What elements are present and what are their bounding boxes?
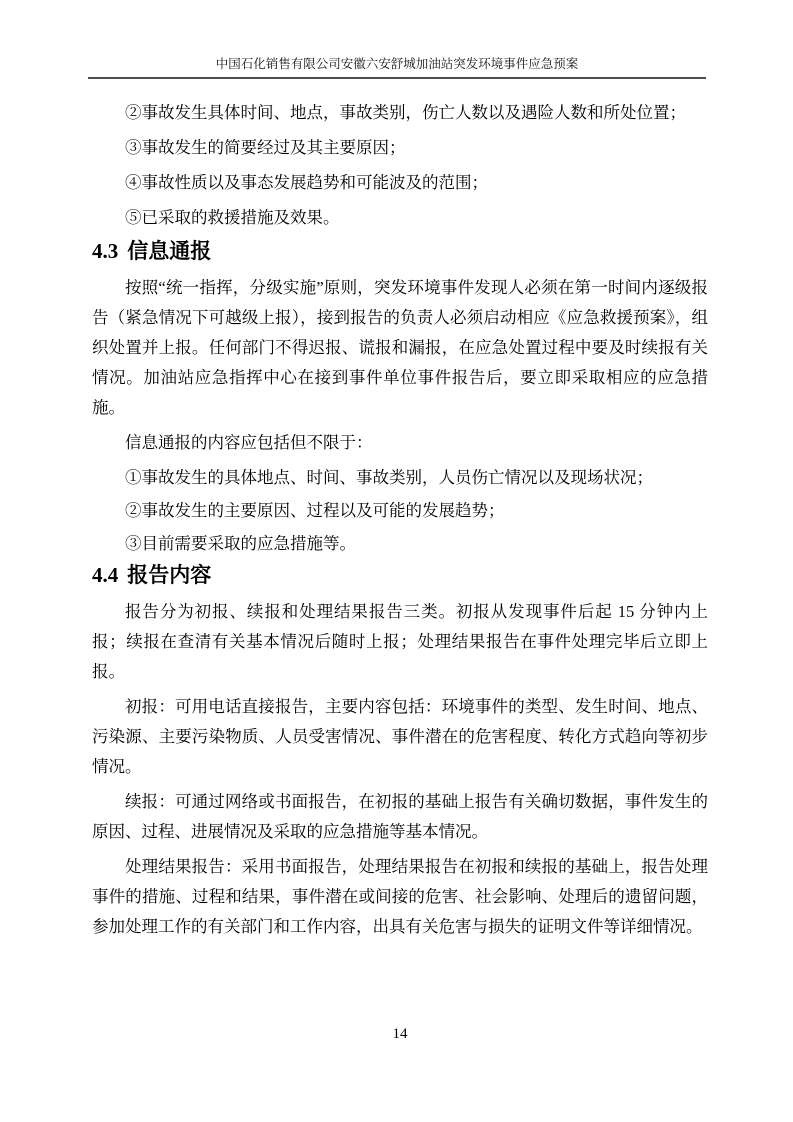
header-title: 中国石化销售有限公司安徽六安舒城加油站突发环境事件应急预案 bbox=[216, 57, 579, 71]
page-header: 中国石化销售有限公司安徽六安舒城加油站突发环境事件应急预案 bbox=[88, 56, 706, 79]
section-heading-4-3: 4.3信息通报 bbox=[92, 238, 708, 265]
document-page: 中国石化销售有限公司安徽六安舒城加油站突发环境事件应急预案 ②事故发生具体时间、… bbox=[0, 0, 793, 1122]
numbered-list-notification-content: ①事故发生的具体地点、时间、事故类别，人员伤亡情况以及现场状况； ②事故发生的主… bbox=[92, 463, 708, 559]
paragraph: 初报：可用电话直接报告，主要内容包括：环境事件的类型、发生时间、地点、污染源、主… bbox=[92, 692, 708, 782]
paragraph: 按照“统一指挥，分级实施”原则，突发环境事件发现人必须在第一时间内逐级报告（紧急… bbox=[92, 273, 708, 423]
paragraph: 报告分为初报、续报和处理结果报告三类。初报从发现事件后起 15 分钟内上报；续报… bbox=[92, 597, 708, 687]
numbered-list-report-points: ②事故发生具体时间、地点，事故类别，伤亡人数以及遇险人数和所处位置； ③事故发生… bbox=[92, 98, 708, 233]
document-body: ②事故发生具体时间、地点，事故类别，伤亡人数以及遇险人数和所处位置； ③事故发生… bbox=[92, 98, 708, 947]
section-heading-4-4: 4.4报告内容 bbox=[92, 562, 708, 589]
list-item: ⑤已采取的救援措施及效果。 bbox=[92, 203, 708, 233]
section-number: 4.4 bbox=[92, 563, 118, 587]
paragraph: 信息通报的内容应包括但不限于： bbox=[92, 428, 708, 458]
section-title: 信息通报 bbox=[127, 240, 211, 263]
paragraph: 续报：可通过网络或书面报告，在初报的基础上报告有关确切数据，事件发生的原因、过程… bbox=[92, 787, 708, 847]
list-item: ③事故发生的简要经过及其主要原因； bbox=[92, 133, 708, 163]
page-footer: 14 bbox=[92, 1024, 708, 1044]
paragraph: 处理结果报告：采用书面报告，处理结果报告在初报和续报的基础上，报告处理事件的措施… bbox=[92, 852, 708, 942]
page-number: 14 bbox=[393, 1026, 408, 1042]
list-item: ①事故发生的具体地点、时间、事故类别，人员伤亡情况以及现场状况； bbox=[92, 463, 708, 493]
list-item: ③目前需要采取的应急措施等。 bbox=[92, 529, 708, 559]
section-title: 报告内容 bbox=[127, 564, 211, 587]
list-item: ②事故发生的主要原因、过程以及可能的发展趋势； bbox=[92, 496, 708, 526]
list-item: ②事故发生具体时间、地点，事故类别，伤亡人数以及遇险人数和所处位置； bbox=[92, 98, 708, 128]
list-item: ④事故性质以及事态发展趋势和可能波及的范围； bbox=[92, 168, 708, 198]
section-number: 4.3 bbox=[92, 239, 118, 263]
